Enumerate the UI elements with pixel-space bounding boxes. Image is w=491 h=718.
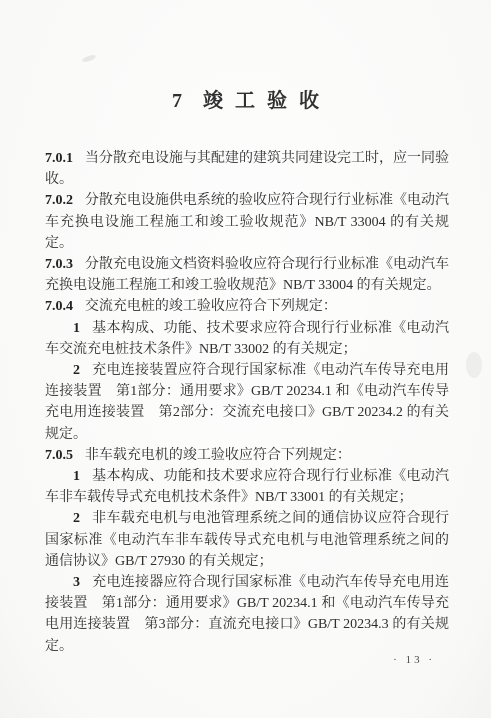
clause-7-0-5-item-3: 3充电连接器应符合现行国家标准《电动汽车传导充电用连接装置 第1部分：通用要求》… [45, 572, 449, 657]
item-number: 2 [73, 511, 80, 526]
clause-text: 当分散充电设施与其配建的建筑共同建设完工时，应一同验收。 [45, 151, 449, 187]
page-number: · 13 · [393, 654, 435, 666]
item-text: 充电连接器应符合现行国家标准《电动汽车传导充电用连接装置 第1部分：通用要求》G… [45, 575, 449, 654]
clause-number: 7.0.5 [45, 448, 73, 463]
document-page: 7 竣工验收 7.0.1当分散充电设施与其配建的建筑共同建设完工时，应一同验收。… [0, 0, 491, 718]
clause-number: 7.0.4 [45, 299, 73, 314]
item-text: 基本构成、功能、技术要求应符合现行行业标准《电动汽车交流充电桩技术条件》NB/T… [45, 321, 449, 357]
clause-7-0-4-item-1: 1基本构成、功能、技术要求应符合现行行业标准《电动汽车交流充电桩技术条件》NB/… [45, 318, 449, 360]
clause-7-0-5: 7.0.5非车载充电机的竣工验收应符合下列规定： [45, 445, 449, 466]
clause-7-0-3: 7.0.3分散充电设施文档资料验收应符合现行行业标准《电动汽车充换电设施工程施工… [45, 254, 449, 296]
chapter-number: 7 [172, 90, 182, 112]
clause-text: 分散充电设施供电系统的验收应符合现行行业标准《电动汽车充换电设施工程施工和竣工验… [45, 193, 449, 250]
scan-smudge [82, 54, 97, 63]
clause-7-0-1: 7.0.1当分散充电设施与其配建的建筑共同建设完工时，应一同验收。 [45, 148, 449, 190]
clause-number: 7.0.2 [45, 193, 73, 208]
clause-text: 非车载充电机的竣工验收应符合下列规定： [85, 448, 351, 463]
chapter-title: 7 竣工验收 [0, 84, 491, 113]
item-text: 非车载充电机与电池管理系统之间的通信协议应符合现行国家标准《电动汽车非车载传导式… [45, 511, 449, 568]
page-content: 7.0.1当分散充电设施与其配建的建筑共同建设完工时，应一同验收。 7.0.2分… [45, 148, 449, 657]
item-number: 1 [73, 321, 80, 336]
item-number: 3 [73, 575, 80, 590]
item-text: 充电连接装置应符合现行国家标准《电动汽车传导充电用连接装置 第1部分：通用要求》… [45, 363, 449, 442]
item-number: 1 [73, 469, 80, 484]
clause-7-0-2: 7.0.2分散充电设施供电系统的验收应符合现行行业标准《电动汽车充换电设施工程施… [45, 190, 449, 254]
scan-smudge [466, 352, 482, 378]
clause-7-0-4: 7.0.4交流充电桩的竣工验收应符合下列规定： [45, 296, 449, 317]
chapter-title-text: 竣工验收 [203, 90, 331, 112]
clause-7-0-5-item-1: 1基本构成、功能和技术要求应符合现行行业标准《电动汽车非车载传导式充电机技术条件… [45, 466, 449, 508]
clause-text: 分散充电设施文档资料验收应符合现行行业标准《电动汽车充换电设施工程施工和竣工验收… [45, 257, 449, 293]
clause-number: 7.0.1 [45, 151, 73, 166]
item-number: 2 [73, 363, 80, 378]
clause-7-0-5-item-2: 2非车载充电机与电池管理系统之间的通信协议应符合现行国家标准《电动汽车非车载传导… [45, 508, 449, 572]
clause-number: 7.0.3 [45, 257, 73, 272]
clause-7-0-4-item-2: 2充电连接装置应符合现行国家标准《电动汽车传导充电用连接装置 第1部分：通用要求… [45, 360, 449, 445]
clause-text: 交流充电桩的竣工验收应符合下列规定： [85, 299, 337, 314]
item-text: 基本构成、功能和技术要求应符合现行行业标准《电动汽车非车载传导式充电机技术条件》… [45, 469, 449, 505]
